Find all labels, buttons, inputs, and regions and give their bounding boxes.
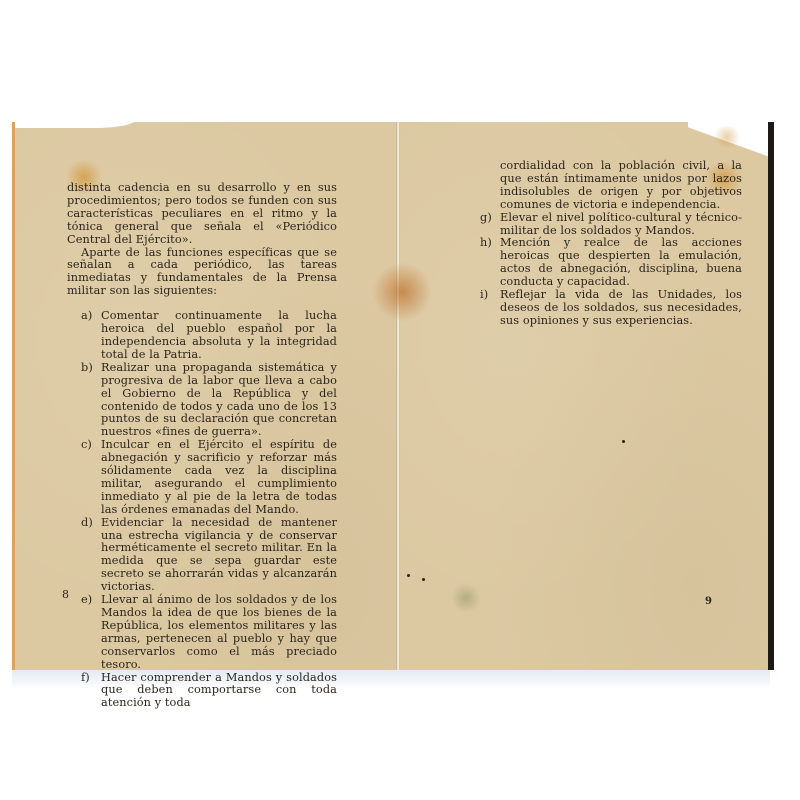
paragraph: distinta cadencia en su desarrollo y en … <box>67 182 337 247</box>
list-item: g) Elevar el nivel político-cultural y t… <box>480 212 742 238</box>
torn-edge <box>15 118 135 128</box>
speck <box>407 574 410 577</box>
list-item: f) Hacer comprender a Mandos y soldados … <box>67 672 337 711</box>
stain <box>452 582 480 614</box>
item-text: Elevar el nivel político-cultural y técn… <box>500 212 742 238</box>
item-text: Inculcar en el Ejército el espíritu de a… <box>101 439 337 516</box>
item-text: Mención y realce de las acciones heroica… <box>500 237 742 289</box>
list-item: b) Realizar una propaganda sistemática y… <box>67 362 337 439</box>
item-label: i) <box>480 289 500 328</box>
list-item: h) Mención y realce de las acciones hero… <box>480 237 742 289</box>
list-item: c) Inculcar en el Ejército el espíritu d… <box>67 439 337 516</box>
item-text: Hacer comprender a Mandos y soldados que… <box>101 672 337 711</box>
stain <box>712 126 742 148</box>
item-label: h) <box>480 237 500 289</box>
item-text: Comentar continuamente la lucha heroica … <box>101 310 337 362</box>
item-text: Llevar al ánimo de los soldados y de los… <box>101 594 337 671</box>
page-number: 9 <box>705 596 712 607</box>
right-page-text: cordialidad con la población civil, a la… <box>480 160 742 328</box>
item-text: Evidenciar la necesidad de mantener una … <box>101 517 337 594</box>
left-page-text: distinta cadencia en su desarrollo y en … <box>67 182 337 710</box>
speck <box>422 578 425 581</box>
item-label: d) <box>67 517 101 594</box>
item-label: c) <box>67 439 101 516</box>
item-label: b) <box>67 362 101 439</box>
item-label: g) <box>480 212 500 238</box>
paragraph: cordialidad con la población civil, a la… <box>480 160 742 212</box>
list-item: e) Llevar al ánimo de los soldados y de … <box>67 594 337 671</box>
list-item: i) Reflejar la vida de las Unidades, los… <box>480 289 742 328</box>
book-spread: distinta cadencia en su desarrollo y en … <box>12 122 772 670</box>
paragraph: Aparte de las funciones específicas que … <box>67 247 337 299</box>
list-item: a) Comentar continuamente la lucha heroi… <box>67 310 337 362</box>
page-number: 8 <box>62 588 69 601</box>
list-item: d) Evidenciar la necesidad de mantener u… <box>67 517 337 594</box>
item-text: Reflejar la vida de las Unidades, los de… <box>500 289 742 328</box>
item-text: Realizar una propaganda sistemática y pr… <box>101 362 337 439</box>
stain <box>372 262 432 322</box>
item-label: f) <box>67 672 101 711</box>
item-label: e) <box>67 594 101 671</box>
item-label: a) <box>67 310 101 362</box>
speck <box>622 440 625 443</box>
